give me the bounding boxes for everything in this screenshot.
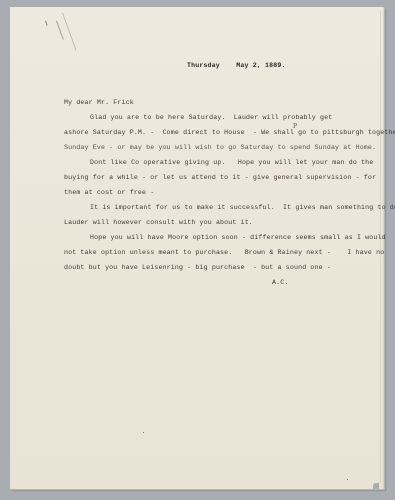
paper-speck (347, 479, 348, 480)
letter-page: Thursday May 2, 1889. My dear Mr. Frick … (10, 7, 384, 489)
letter-line: Dont like Co operative giving up. Hope y… (90, 160, 373, 167)
letter-line: Lauder will however consult with you abo… (64, 220, 253, 227)
corner-tear (373, 483, 379, 489)
letter-line: buying for a while - or let us attend to… (64, 175, 376, 182)
letter-line: Glad you are to be here Saturday. Lauder… (90, 115, 332, 122)
letter-line: not take option unless meant to purchase… (64, 250, 384, 257)
dateline: Thursday May 2, 1889. (187, 63, 286, 70)
letter-line: doubt but you have Leisenring - big purc… (64, 265, 331, 272)
pencil-mark (62, 13, 77, 51)
letter-line: ashore Saturday P.M. - Come direct to Ho… (64, 130, 395, 137)
letter-line: It is important for us to make it succes… (90, 205, 395, 212)
pencil-mark (45, 21, 48, 26)
paper-edge (380, 11, 381, 483)
signature: A.C. (272, 280, 288, 287)
letter-line: Hope you will have Moore option soon - d… (90, 235, 386, 242)
paper-speck (143, 432, 144, 433)
pencil-mark (56, 21, 64, 40)
salutation: My dear Mr. Frick (64, 100, 134, 107)
letter-line: them at cost or free - (64, 190, 154, 197)
letter-line: Sunday Eve - or may be you will wish to … (64, 145, 376, 152)
